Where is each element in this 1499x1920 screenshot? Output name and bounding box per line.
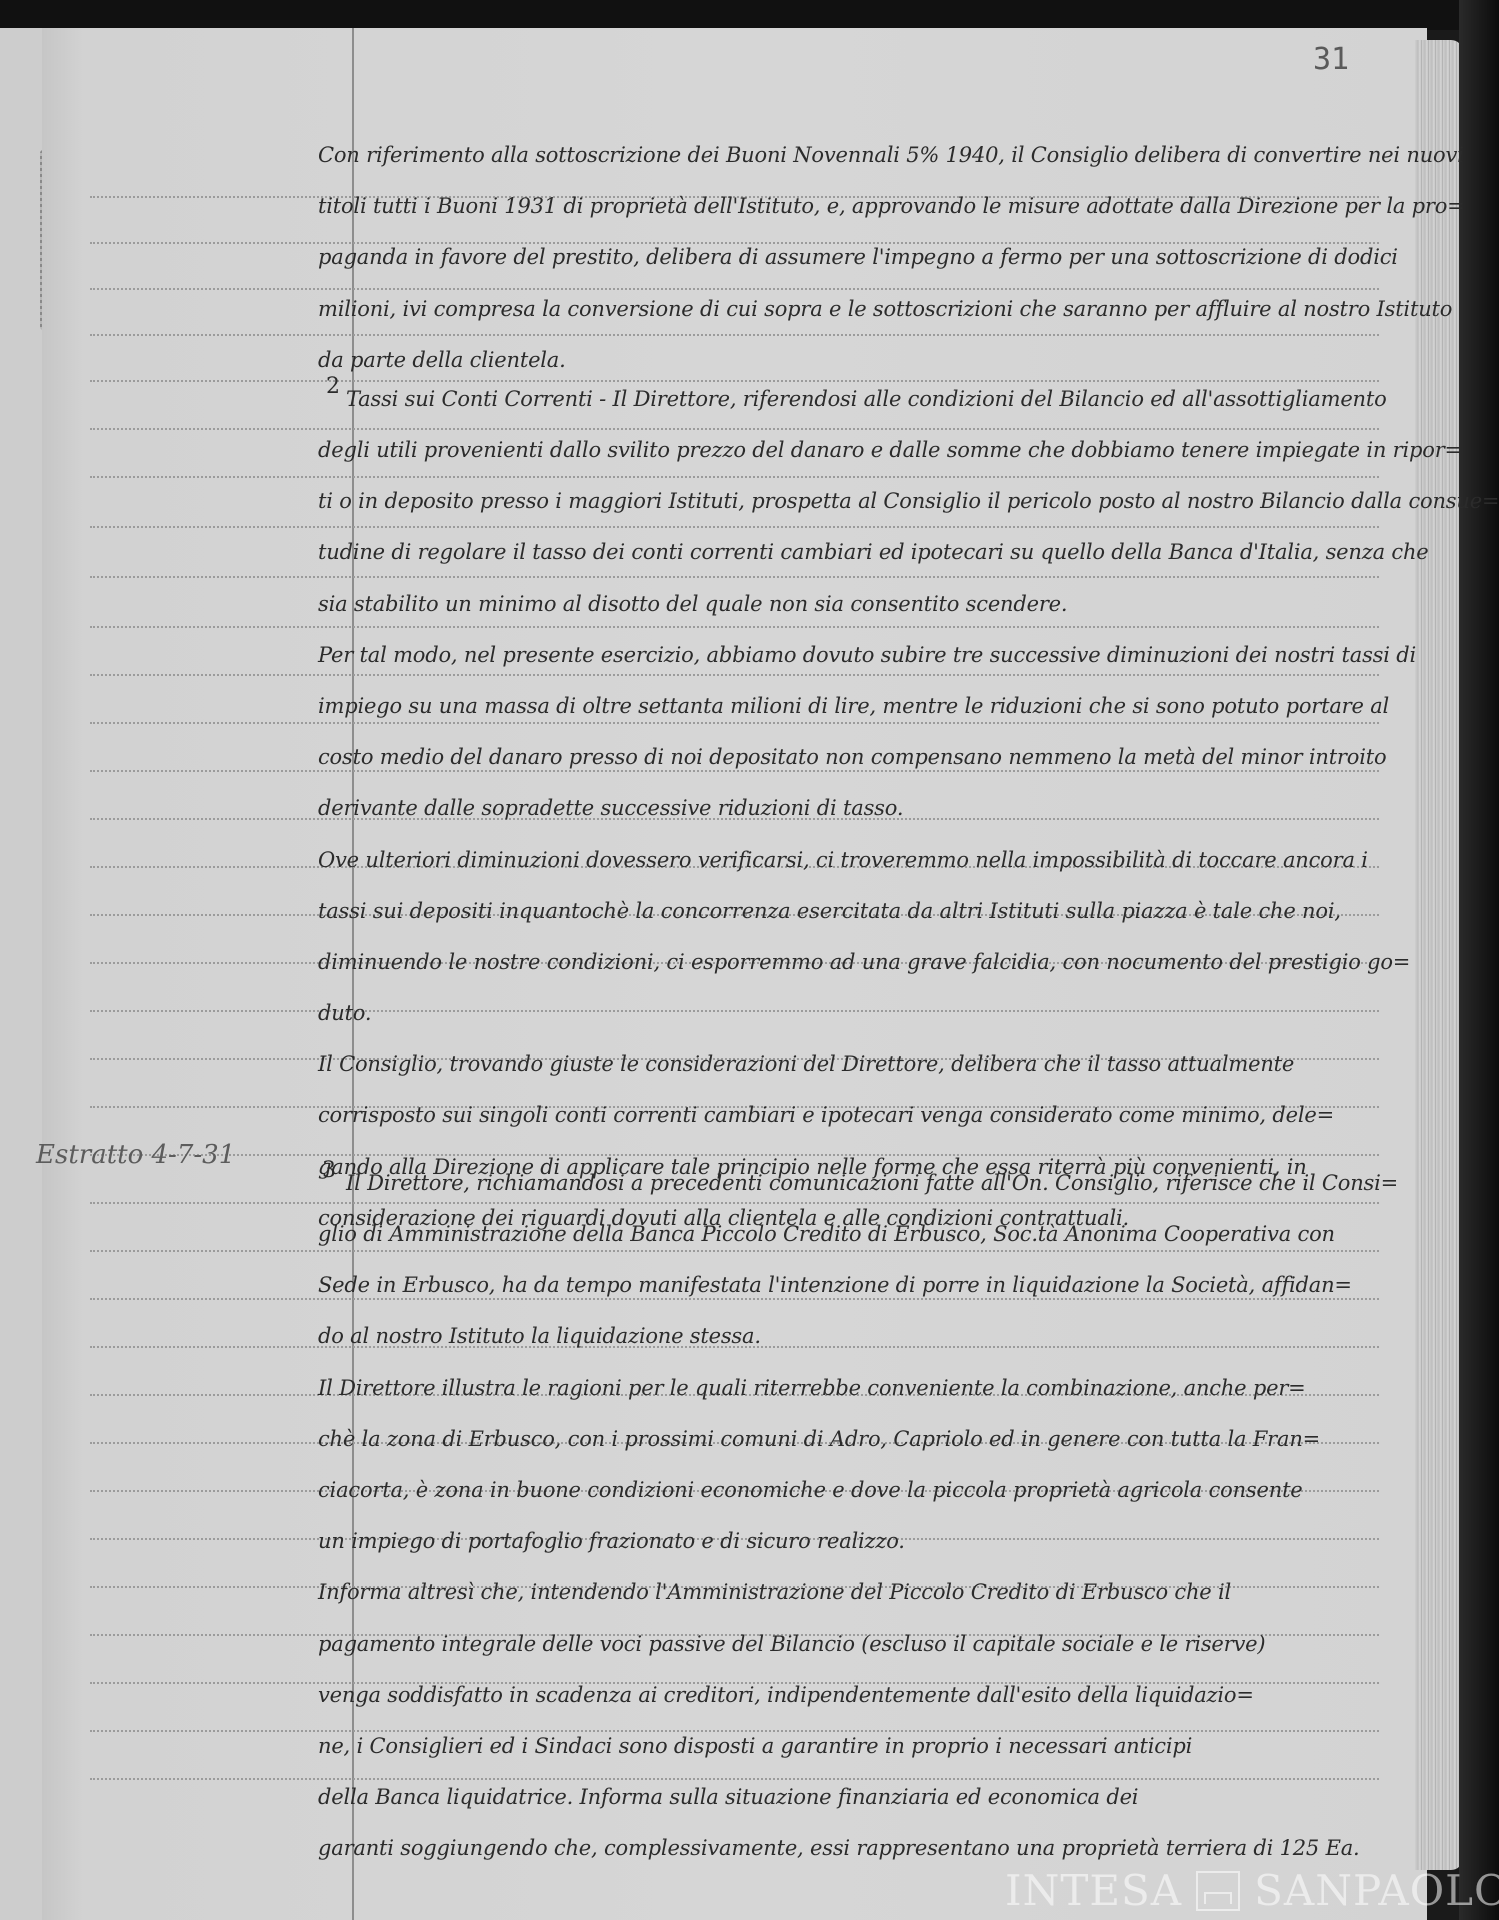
- text-line: sia stabilito un minimo al disotto del q…: [318, 579, 1408, 630]
- scan-right-edge: [1459, 0, 1499, 1920]
- text-line: Con riferimento alla sottoscrizione dei …: [318, 130, 1408, 181]
- watermark: INTESA SANPAOLO: [1005, 1866, 1499, 1915]
- text-line: paganda in favore del prestito, delibera…: [318, 232, 1408, 283]
- text-line: venga soddisfatto in scadenza ai credito…: [318, 1670, 1408, 1721]
- watermark-right-text: SANPAOLO: [1254, 1866, 1499, 1915]
- text-line: tudine di regolare il tasso dei conti co…: [318, 527, 1408, 578]
- text-line: Il Consiglio, trovando giuste le conside…: [318, 1039, 1408, 1090]
- text-line: chè la zona di Erbusco, con i prossimi c…: [318, 1414, 1408, 1465]
- page-number: 31: [1313, 42, 1349, 77]
- text-line: della Banca liquidatrice. Informa sulla …: [318, 1772, 1408, 1823]
- previous-page-edge: [0, 28, 44, 1920]
- text-line: Per tal modo, nel presente esercizio, ab…: [318, 630, 1408, 681]
- text-line: Informa altresì che, intendendo l'Ammini…: [318, 1567, 1408, 1618]
- section-2: Tassi sui Conti Correnti - Il Direttore,…: [346, 374, 1436, 425]
- text-line: milioni, ivi compresa la conversione di …: [318, 284, 1408, 335]
- text-line: do al nostro Istituto la liquidazione st…: [318, 1311, 1408, 1362]
- section-3-first-line: Il Direttore, richiamandosi a precedenti…: [346, 1158, 1436, 1209]
- text-line: impiego su una massa di oltre settanta m…: [318, 681, 1408, 732]
- text-line: ne, i Consiglieri ed i Sindaci sono disp…: [318, 1721, 1408, 1772]
- text-line: Ove ulteriori diminuzioni dovessero veri…: [318, 835, 1408, 886]
- text-line: Il Direttore illustra le ragioni per le …: [318, 1363, 1408, 1414]
- text-line: Sede in Erbusco, ha da tempo manifestata…: [318, 1260, 1408, 1311]
- text-line: diminuendo le nostre condizioni, ci espo…: [318, 937, 1408, 988]
- item-number: 3: [322, 1158, 336, 1183]
- section-2-heading-line: Tassi sui Conti Correnti - Il Direttore,…: [346, 374, 1436, 425]
- text-line: costo medio del danaro presso di noi dep…: [318, 732, 1408, 783]
- margin-note: Estratto 4-7-31: [36, 1140, 235, 1170]
- section-1: Con riferimento alla sottoscrizione dei …: [318, 130, 1408, 386]
- section-3: Il Direttore, richiamandosi a precedenti…: [346, 1158, 1436, 1209]
- text-line: corrisposto sui singoli conti correnti c…: [318, 1090, 1408, 1141]
- item-number: 2: [326, 374, 340, 399]
- text-line: derivante dalle sopradette successive ri…: [318, 783, 1408, 834]
- section-2-body: degli utili provenienti dallo svilito pr…: [318, 425, 1408, 1244]
- text-line: pagamento integrale delle voci passive d…: [318, 1619, 1408, 1670]
- section-3-body: glio di Amministrazione della Banca Picc…: [318, 1209, 1408, 1874]
- text-line: duto.: [318, 988, 1408, 1039]
- scan-top-edge: [0, 0, 1499, 30]
- text-line: titoli tutti i Buoni 1931 di proprietà d…: [318, 181, 1408, 232]
- text-line: degli utili provenienti dallo svilito pr…: [318, 425, 1408, 476]
- text-line: ciacorta, è zona in buone condizioni eco…: [318, 1465, 1408, 1516]
- text-line: un impiego di portafoglio frazionato e d…: [318, 1516, 1408, 1567]
- text-line: tassi sui depositi inquantochè la concor…: [318, 886, 1408, 937]
- bank-building-icon: [1196, 1871, 1240, 1911]
- text-line: glio di Amministrazione della Banca Picc…: [318, 1209, 1408, 1260]
- text-line: ti o in deposito presso i maggiori Istit…: [318, 476, 1408, 527]
- watermark-left-text: INTESA: [1005, 1866, 1182, 1915]
